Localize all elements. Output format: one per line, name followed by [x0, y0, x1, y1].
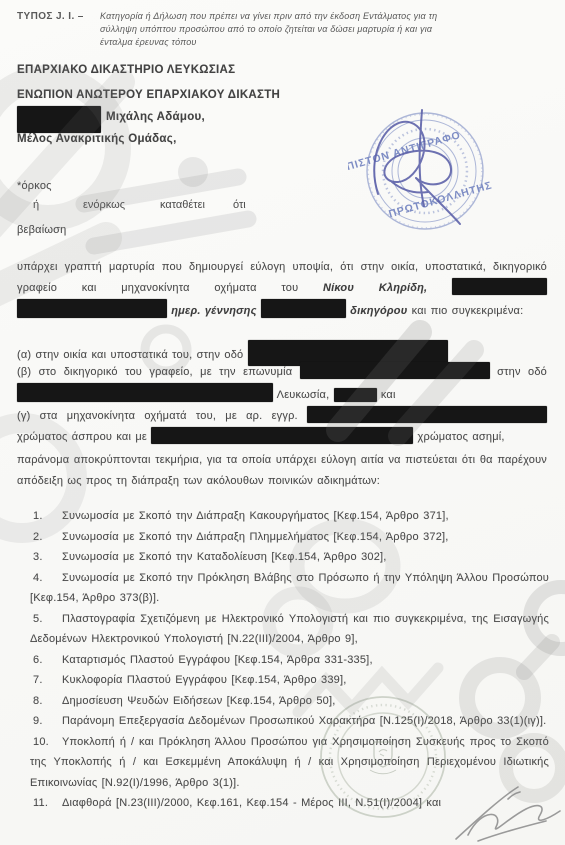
oath-option-top: *όρκος	[17, 176, 52, 197]
offence-item: 6.Καταρτισμός Πλαστού Εγγράφου [Κεφ.154,…	[0, 650, 549, 671]
form-type-description: Κατηγορία ή Δήλωση που πρέπει να γίνει π…	[100, 10, 447, 49]
body-text: Λευκωσία,	[273, 389, 334, 401]
closing-paragraph: παράνομα αποκρύπτονται τεκμήρια, για τα …	[17, 450, 547, 492]
offence-text: Δημοσίευση Ψευδών Ειδήσεων [Κεφ.154, Άρθ…	[30, 691, 549, 712]
oath-word: ή	[33, 199, 39, 211]
oath-option-bottom: βεβαίωση	[17, 220, 66, 241]
offence-item: 7.Κυκλοφορία Πλαστού Εγγράφου [Κεφ.154, …	[0, 670, 549, 691]
body-text: (γ) στα μηχανοκίνητα οχήματά του, με αρ.…	[17, 410, 307, 422]
offence-text: Συνωμοσία με Σκοπό την Πρόκληση Βλάβης σ…	[30, 568, 549, 609]
offence-item: 9.Παράνομη Επεξεργασία Δεδομένων Προσωπι…	[0, 711, 549, 732]
emphasized-text: Νίκου Κληρίδη,	[323, 282, 427, 294]
redacted-text	[17, 299, 167, 318]
offence-item: 11.Διαφθορά [Ν.23(ΙΙΙ)/2000, Κεφ.161, Κε…	[0, 793, 549, 814]
offence-number: 4.	[33, 568, 43, 589]
intro-paragraph: υπάρχει γραπτή μαρτυρία που δημιουργεί ε…	[17, 257, 547, 322]
redacted-text	[261, 299, 346, 318]
offence-item: 3.Συνωμοσία με Σκοπό την Καταδολίευση [Κ…	[0, 547, 549, 568]
offence-number: 11.	[33, 793, 48, 814]
certified-copy-stamp: ΠΙΣΤΟΝ ΑΝΤΙΓΡΑΦΟ ΠΡΩΤΟΚΟΛΛΗΤΗΣ	[348, 94, 503, 249]
offence-number: 1.	[33, 506, 43, 527]
body-text	[427, 282, 452, 294]
offence-item: 5.Πλαστογραφία Σχετιζόμενη με Ηλεκτρονικ…	[0, 609, 549, 650]
oath-word: καταθέτει	[160, 199, 205, 211]
oath-word: ενόρκως	[83, 199, 125, 211]
form-type-label: ΤΥΠΟΣ J. I. –	[17, 11, 84, 22]
stamp-ring-text-marks	[383, 129, 467, 213]
before-judge-heading: ΕΝΩΠΙΟΝ ΑΝΩΤΕΡΟΥ ΕΠΑΡΧΙΑΚΟΥ ΔΙΚΑΣΤΗ	[17, 89, 280, 101]
offence-item: 10.Υποκλοπή ή / και Πρόκληση Άλλου Προσώ…	[0, 732, 549, 794]
stamp-line1: ΠΙΣΤΟΝ ΑΝΤΙΓΡΑΦΟ	[348, 129, 462, 173]
body-text: και	[377, 389, 396, 401]
offence-number: 9.	[33, 711, 43, 732]
deponent-name: Μιχάλης Αδάμου,	[106, 111, 205, 123]
registrar-signature	[374, 110, 460, 224]
emphasized-text: ημερ. γέννησης	[167, 305, 261, 317]
deponent-role: Μέλος Ανακριτικής Ομάδας,	[17, 133, 177, 145]
offence-number: 10.	[33, 732, 49, 753]
offence-text: Συνωμοσία με Σκοπό την Καταδολίευση [Κεφ…	[30, 547, 549, 568]
redacted-text	[151, 427, 413, 444]
offence-number: 5.	[33, 609, 43, 630]
stamp-labels: ΠΙΣΤΟΝ ΑΝΤΙΓΡΑΦΟ ΠΡΩΤΟΚΟΛΛΗΤΗΣ	[348, 124, 494, 227]
offence-number: 6.	[33, 650, 43, 671]
offence-item: 8.Δημοσίευση Ψευδών Ειδήσεων [Κεφ.154, Ά…	[0, 691, 549, 712]
redacted-text	[17, 383, 273, 402]
offence-number: 8.	[33, 691, 43, 712]
offence-number: 7.	[33, 670, 43, 691]
redacted-text	[307, 406, 547, 423]
offence-text: Συνωμοσία με Σκοπό την Διάπραξη Κακουργή…	[30, 506, 549, 527]
emphasized-text: δικηγόρου	[346, 305, 412, 317]
redacted-text	[452, 278, 547, 295]
offence-text: Πλαστογραφία Σχετιζόμενη με Ηλεκτρονικό …	[30, 609, 549, 650]
stamp-line2: ΠΡΩΤΟΚΟΛΛΗΤΗΣ	[387, 179, 493, 220]
offence-text: Υποκλοπή ή / και Πρόκληση Άλλου Προσώπου…	[30, 732, 549, 794]
offence-item: 4.Συνωμοσία με Σκοπό την Πρόκληση Βλάβης…	[0, 568, 549, 609]
clause-b-paragraph: (β) στο δικηγορικό του γραφείο, με την ε…	[17, 362, 547, 406]
oath-sentence-row: ή ενόρκως καταθέτει ότι	[17, 199, 277, 215]
offence-number: 3.	[33, 547, 43, 568]
offence-text: Διαφθορά [Ν.23(ΙΙΙ)/2000, Κεφ.161, Κεφ.1…	[30, 793, 549, 814]
offence-item: 2.Συνωμοσία με Σκοπό την Διάπραξη Πλημμε…	[0, 527, 549, 548]
oath-word: ότι	[233, 199, 246, 211]
offence-text: Παράνομη Επεξεργασία Δεδομένων Προσωπικο…	[30, 711, 549, 732]
offences-list: 1.Συνωμοσία με Σκοπό την Διάπραξη Κακουρ…	[0, 506, 549, 814]
stamp-outer-text-marks	[368, 114, 482, 228]
offence-number: 2.	[33, 527, 43, 548]
body-text: χρώματος ασημί,	[413, 431, 504, 443]
offence-text: Συνωμοσία με Σκοπό την Διάπραξη Πλημμελή…	[30, 527, 549, 548]
redaction-box-deponent	[17, 106, 101, 133]
body-text: (β) στο δικηγορικό του γραφείο, με την ε…	[17, 366, 300, 378]
redacted-text	[300, 362, 490, 379]
clause-c-paragraph: (γ) στα μηχανοκίνητα οχήματά του, με αρ.…	[17, 406, 547, 448]
body-text: και πιο συγκεκριμένα:	[412, 305, 524, 317]
scanned-court-document-page: { "header": { "form_type": "ΤΥΠΟΣ J. I. …	[0, 0, 565, 845]
body-text: στην οδό	[490, 366, 547, 378]
redacted-text	[334, 388, 377, 402]
offence-item: 1.Συνωμοσία με Σκοπό την Διάπραξη Κακουρ…	[0, 506, 549, 527]
offence-text: Καταρτισμός Πλαστού Εγγράφου [Κεφ.154, Ά…	[30, 650, 549, 671]
body-text: χρώματος άσπρου και με	[17, 431, 151, 443]
body-text: (α) στην οικία και υποστατικά του, στην …	[17, 349, 248, 361]
court-name-heading: ΕΠΑΡΧΙΑΚΟ ΔΙΚΑΣΤΗΡΙΟ ΛΕΥΚΩΣΙΑΣ	[17, 64, 235, 76]
offence-text: Κυκλοφορία Πλαστού Εγγράφου [Κεφ.154, Άρ…	[30, 670, 549, 691]
